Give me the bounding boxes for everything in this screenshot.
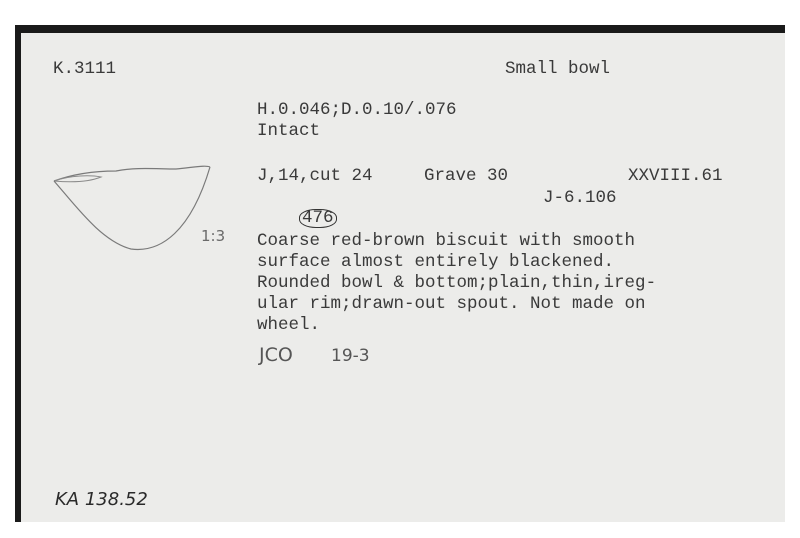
catalog-card: K.3111 Small bowl H.0.046;D.0.10/.076 In…: [15, 25, 785, 522]
dimensions: H.0.046;D.0.10/.076: [257, 100, 457, 121]
handwritten-date: 19-3: [331, 346, 370, 366]
description-line-1: Coarse red-brown biscuit with smooth: [257, 231, 635, 252]
catalog-number: K.3111: [53, 59, 116, 80]
object-name: Small bowl: [505, 59, 610, 80]
circled-number: 476: [299, 209, 337, 228]
plate-reference: XXVIII.61: [628, 166, 723, 187]
grave-number: Grave 30: [424, 166, 508, 187]
bowl-profile-drawing: [46, 161, 216, 257]
description-line-4: ular rim;drawn-out spout. Not made on: [257, 294, 646, 315]
description-line-5: wheel.: [257, 315, 320, 336]
condition: Intact: [257, 121, 320, 142]
handwritten-initials: JCO: [259, 344, 293, 366]
description-line-3: Rounded bowl & bottom;plain,thin,ireg-: [257, 273, 656, 294]
find-location: J,14,cut 24: [257, 166, 373, 187]
drawing-scale: 1:3: [201, 227, 225, 245]
description-line-2: surface almost entirely blackened.: [257, 252, 614, 273]
handwritten-inventory: KA 138.52: [55, 489, 148, 510]
photo-reference: J-6.106: [543, 188, 617, 209]
